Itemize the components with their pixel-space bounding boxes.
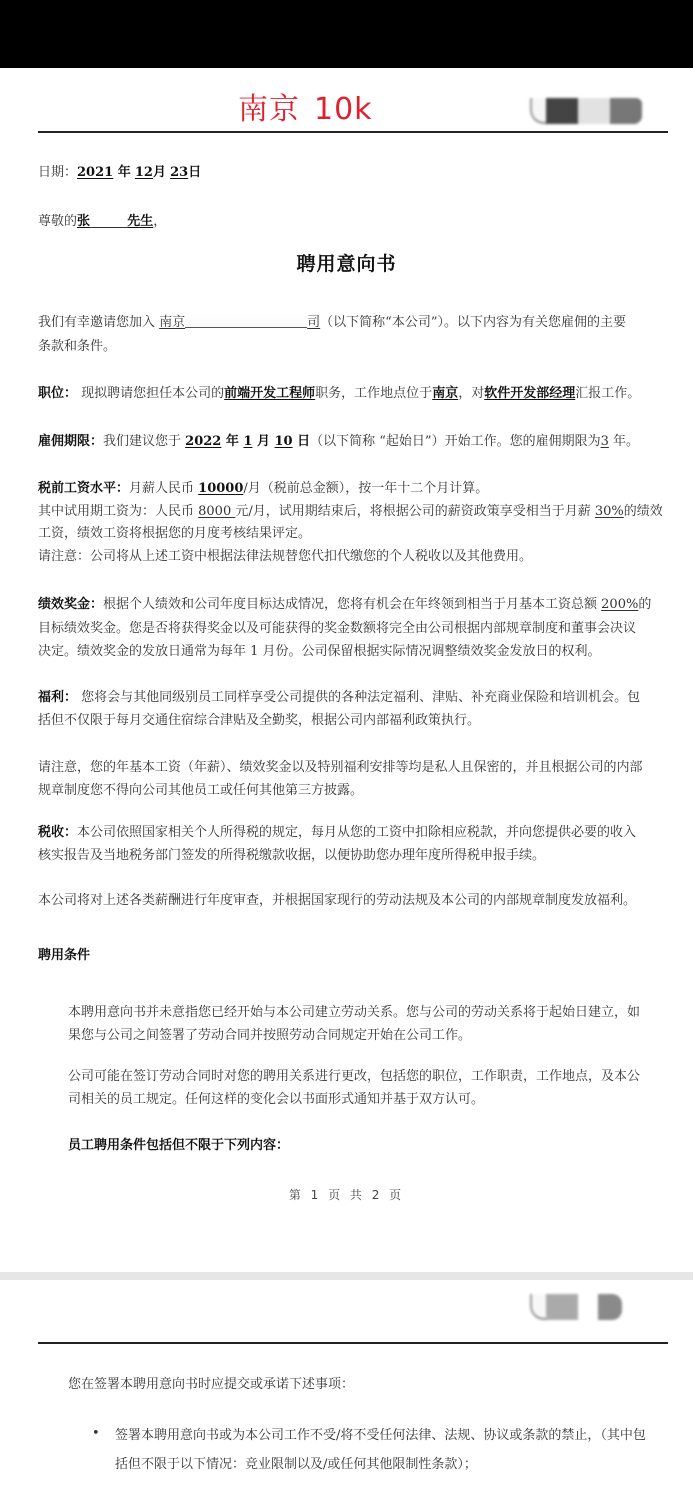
document-page-2: 您在签署本聘用意向书时应提交或承诺下述事项： • 签署本聘用意向书或为本公司工作… xyxy=(0,1280,693,1500)
intro-line-1: 我们有幸邀请您加入 南京司（以下简称“本公司”）。以下内容为有关您雇佣的主要 xyxy=(38,313,626,333)
recipient-surname: 张 xyxy=(77,214,90,229)
stamp-title: 南京10k xyxy=(238,84,373,128)
conditions-heading: 聘用条件 xyxy=(38,946,90,966)
bonus-line-1: 绩效奖金：根据个人绩效和公司年度目标达成情况，您将有机会在年终领到相当于月基本工… xyxy=(38,595,651,615)
header-divider xyxy=(38,1342,668,1344)
redacted-company-name xyxy=(185,314,307,328)
bonus-line-2: 目标绩效奖金。您是否将获得奖金以及可能获得的奖金数额将完全由公司根据内部规章制度… xyxy=(38,619,636,639)
stamp-city: 南京 xyxy=(238,92,300,127)
greeting-line: 尊敬的张 先生， xyxy=(38,212,166,232)
date-line: 日期：2021 年 12月 23日 xyxy=(38,163,201,183)
conditions-para1-line2: 果您与公司之间签署了劳动合同并按照劳动合同规定开始在公司工作。 xyxy=(68,1026,471,1046)
header-divider xyxy=(38,131,668,133)
benefits-line-2: 括但不仅限于每月交通住宿综合津贴及全勤奖，根据公司内部福利政策执行。 xyxy=(38,711,480,731)
bullet-item-1-line-2: 括但不限于以下情况：竞业限制以及/或任何其他限制性条款）； xyxy=(115,1455,477,1475)
top-black-bar xyxy=(0,0,693,68)
probation-line-1: 其中试用期工资为：人民币 8000 元/月，试用期结束后，将根据公司的薪资政策享… xyxy=(38,502,663,522)
salary-amount: 10000 xyxy=(198,481,243,496)
intro-line-2: 条款和条件。 xyxy=(38,337,116,357)
conditions-para2-line1: 公司可能在签订劳动合同时对您的聘用关系进行更改，包括您的职位，工作职责，工作地点… xyxy=(68,1067,640,1087)
term-line: 雇佣期限：我们建议您于 2022 年 1 月 10 日（以下简称 “起始日”）开… xyxy=(38,432,639,452)
salary-line: 税前工资水平：月薪人民币 10000/月（税前总金额），按一年十二个月计算。 xyxy=(38,479,488,499)
review-line: 本公司将对上述各类薪酬进行年度审查，并根据国家现行的劳动法规及本公司的内部规章制… xyxy=(38,891,636,911)
conditions-para1-line1: 本聘用意向书并未意指您已经开始与本公司建立劳动关系。您与公司的劳动关系将于起始日… xyxy=(68,1003,640,1023)
company-logo-redacted xyxy=(530,98,642,124)
salary-note: 请注意：公司将从上述工资中根据法律法规替您代扣代缴您的个人税收以及其他费用。 xyxy=(38,547,532,567)
confidential-line-2: 规章制度您不得向公司其他员工或任何其他第三方披露。 xyxy=(38,781,363,801)
position-line: 职位： 现拟聘请您担任本公司的前端开发工程师职务，工作地点位于南京，对软件开发部… xyxy=(38,384,640,404)
document-page-1: 南京10k 日期：2021 年 12月 23日 尊敬的张 先生， 聘用意向书 我… xyxy=(0,68,693,1272)
page-footer: 第 1 页 共 2 页 xyxy=(0,1186,693,1203)
conditions-list-heading: 员工聘用条件包括但不限于下列内容： xyxy=(68,1136,289,1156)
stamp-salary: 10k xyxy=(314,92,373,127)
tax-line-2: 核实报告及当地税务部门签发的所得税缴款收据，以便协助您办理年度所得税申报手续。 xyxy=(38,846,545,866)
company-logo-redacted xyxy=(530,1294,622,1320)
page2-intro: 您在签署本聘用意向书时应提交或承诺下述事项： xyxy=(68,1375,354,1395)
bullet-item-1-line-1: 签署本聘用意向书或为本公司工作不受/将不受任何法律、法规、协议或条款的禁止，（其… xyxy=(115,1426,646,1446)
page-separator xyxy=(0,1272,693,1280)
bonus-line-3: 决定。绩效奖金的发放日通常为每年 1 月份。公司保留根据实际情况调整绩效奖金发放… xyxy=(38,642,601,662)
benefits-line-1: 福利： 您将会与其他同级别员工同样享受公司提供的各种法定福利、津贴、补充商业保险… xyxy=(38,688,640,708)
confidential-line-1: 请注意，您的年基本工资（年薪）、绩效奖金以及特别福利安排等均是私人且保密的，并且… xyxy=(38,758,643,778)
job-role: 前端开发工程师 xyxy=(224,386,315,401)
conditions-para2-line2: 司相关的员工规定。任何这样的变化会以书面形式通知并基于双方认可。 xyxy=(68,1090,484,1110)
tax-line-1: 税收：本公司依照国家相关个人所得税的规定，每月从您的工资中扣除相应税款，并向您提… xyxy=(38,823,636,843)
document-title: 聘用意向书 xyxy=(0,249,693,276)
bullet-icon: • xyxy=(92,1426,100,1441)
probation-line-2: 工资，绩效工资将根据您的月度考核结果评定。 xyxy=(38,524,311,544)
